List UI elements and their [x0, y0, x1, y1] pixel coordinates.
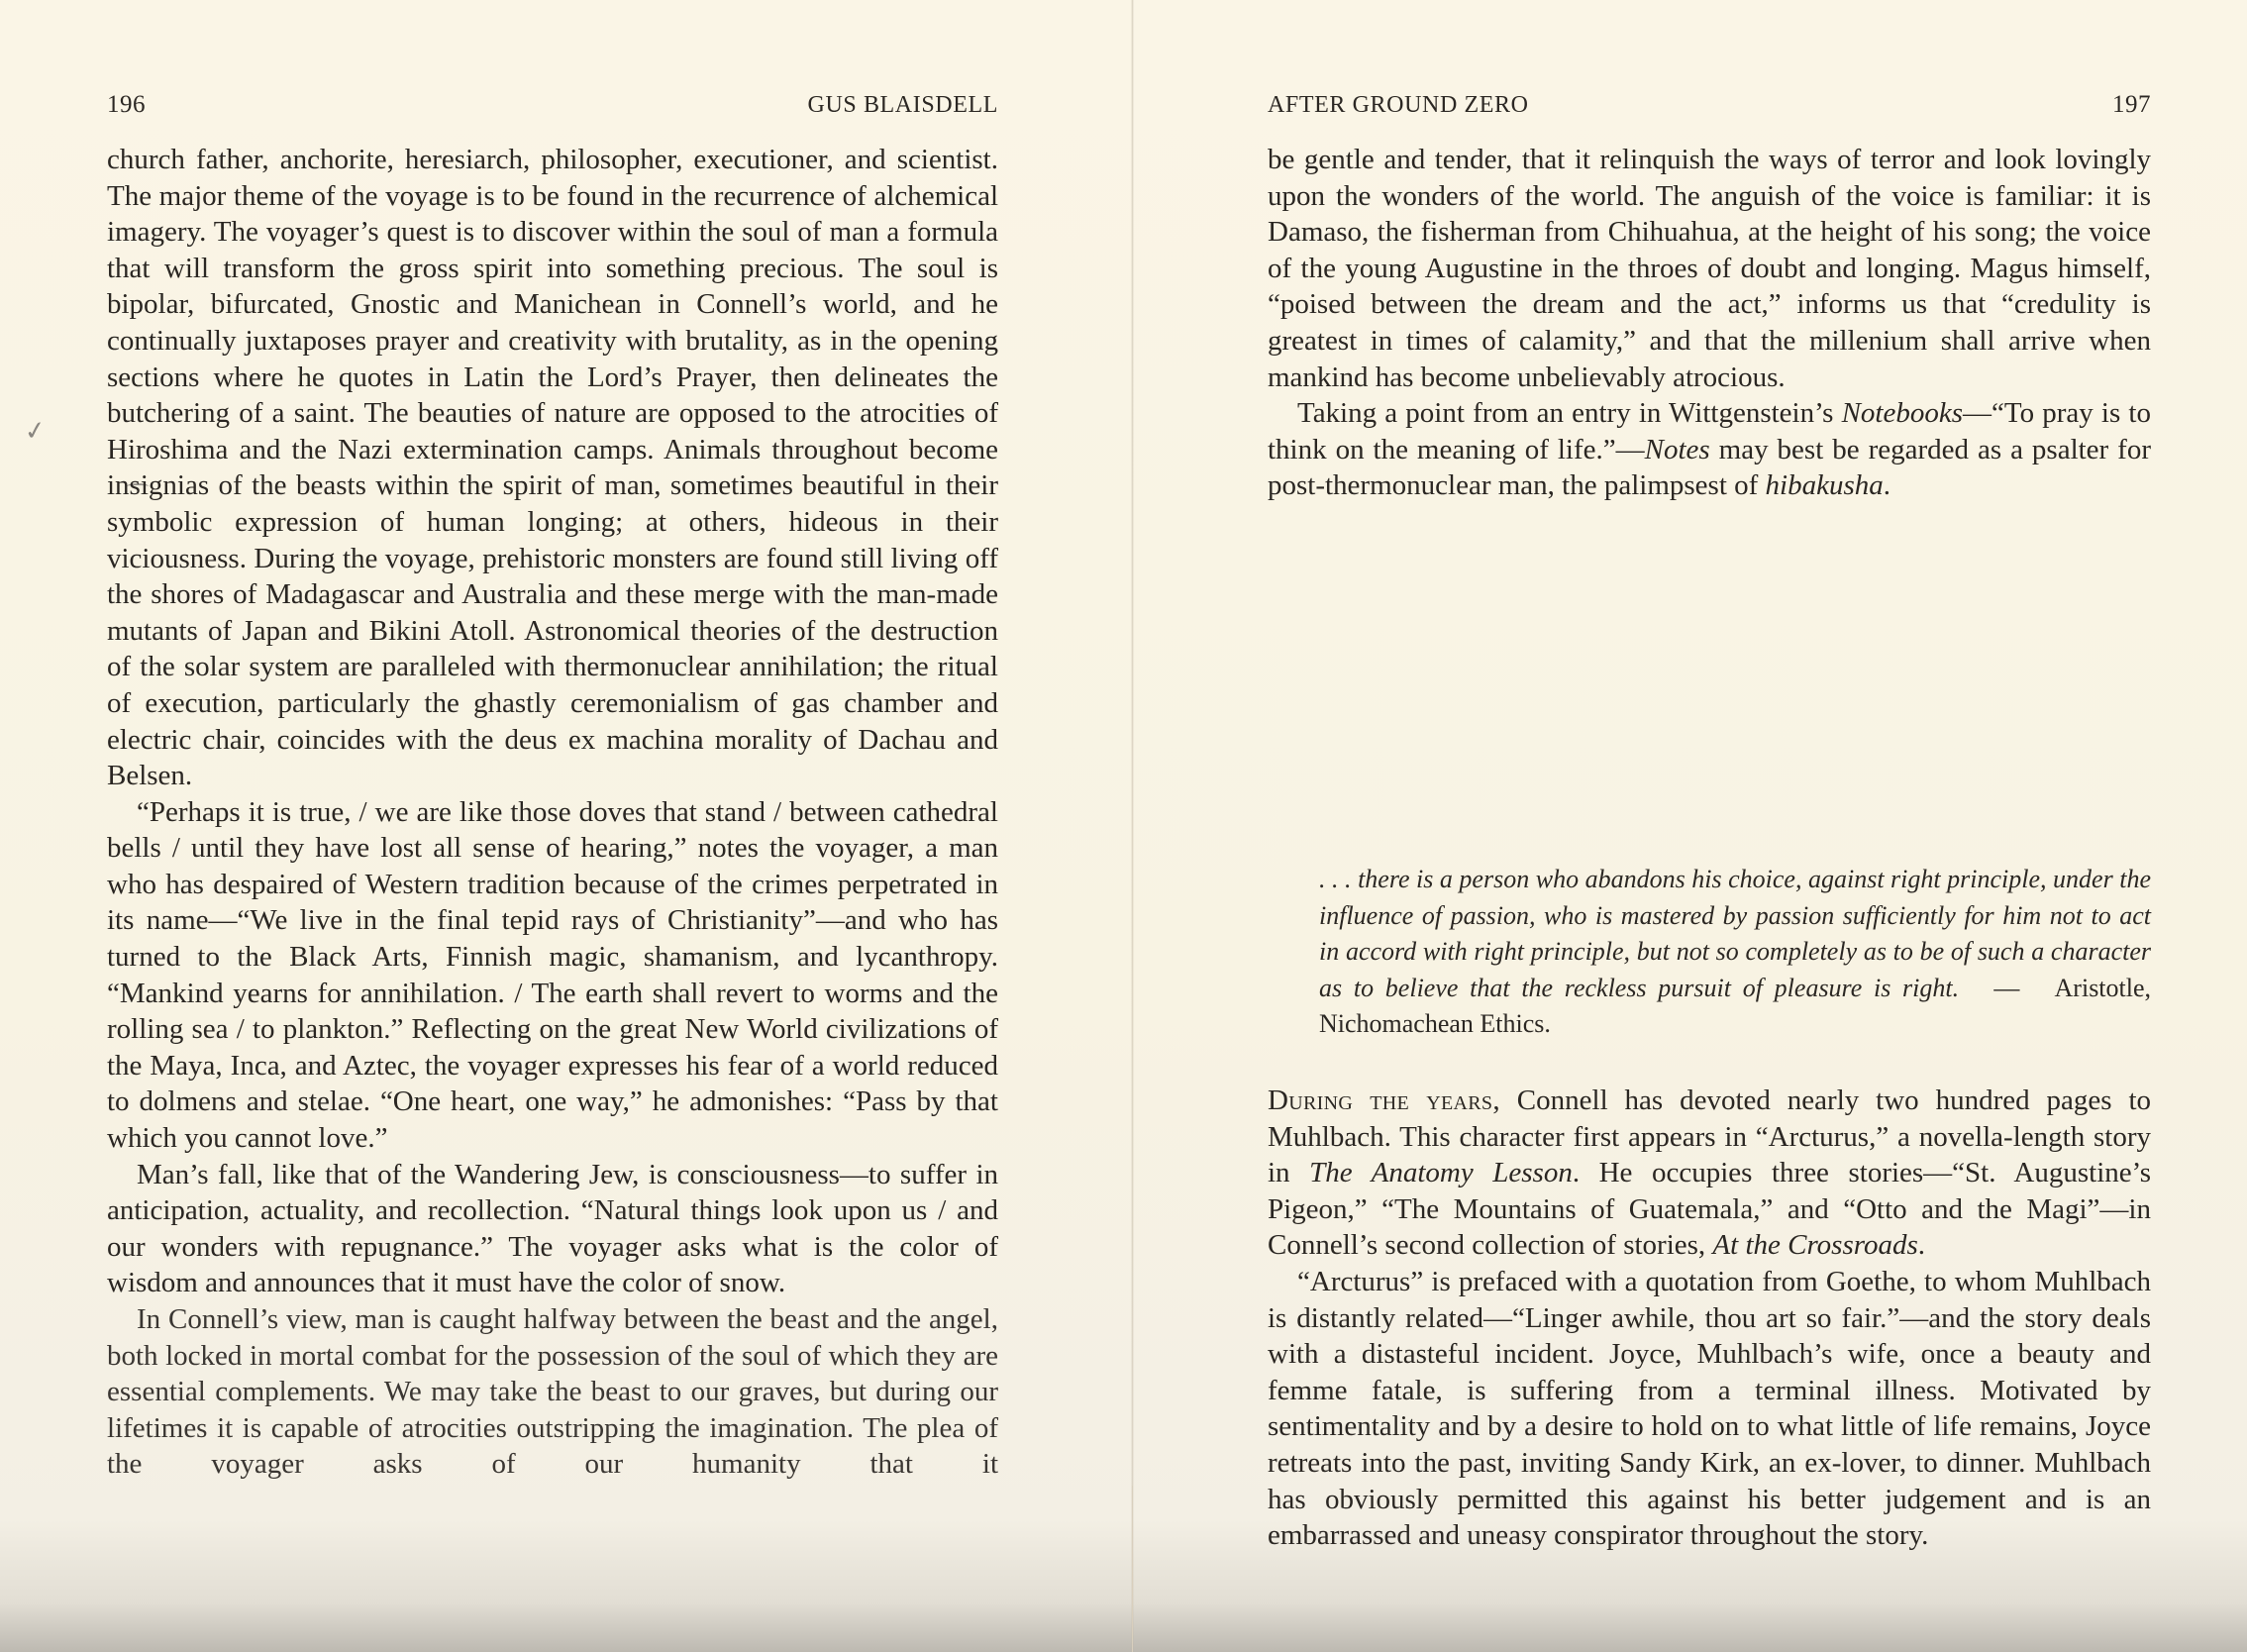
left-page: 196 GUS BLAISDELL church father, anchori…	[107, 0, 998, 1652]
gutter-crease	[1132, 1486, 1133, 1652]
text-run: Taking a point from an entry in Wittgens…	[1297, 397, 1842, 429]
attribution-dash: —	[1993, 974, 2019, 1002]
left-body-text: church father, anchorite, heresiarch, ph…	[107, 142, 998, 1519]
running-head-author: GUS BLAISDELL	[808, 92, 998, 119]
right-body-text: be gentle and tender, that it relinquish…	[1268, 142, 2151, 504]
paragraph: During the years, Connell has devoted ne…	[1268, 1083, 2151, 1264]
attribution-author: Aristotle,	[2055, 974, 2152, 1002]
right-running-head: AFTER GROUND ZERO 197	[1268, 91, 2151, 125]
paragraph: “Perhaps it is true, / we are like those…	[107, 794, 998, 1157]
book-title-italic: The Anatomy Lesson	[1309, 1157, 1573, 1188]
paragraph: church father, anchorite, heresiarch, ph…	[107, 142, 998, 794]
running-head-chapter: AFTER GROUND ZERO	[1268, 92, 1529, 119]
section-lead-smallcaps: During the years,	[1268, 1084, 1500, 1116]
text-run: .	[1918, 1229, 1925, 1261]
paragraph: “Arcturus” is prefaced with a quotation …	[1268, 1264, 2151, 1554]
attribution-work: Nichomachean Ethics.	[1319, 1009, 1551, 1038]
epigraph-quote: . . . there is a person who abandons his…	[1319, 862, 2151, 1043]
paragraph: Taking a point from an entry in Wittgens…	[1268, 395, 2151, 504]
book-gutter	[1131, 0, 1134, 1652]
paragraph: be gentle and tender, that it relinquish…	[1268, 142, 2151, 395]
foreign-term-italic: hibakusha	[1766, 469, 1884, 501]
left-running-head: 196 GUS BLAISDELL	[107, 91, 998, 125]
page-number: 196	[107, 91, 146, 119]
book-title-italic: At the Crossroads	[1712, 1229, 1917, 1261]
text-run: .	[1884, 469, 1890, 501]
book-title-italic: Notebooks	[1842, 397, 1963, 429]
right-page: AFTER GROUND ZERO 197 be gentle and tend…	[1268, 0, 2151, 1652]
book-title-italic: Notes	[1645, 434, 1710, 465]
paragraph: Man’s fall, like that of the Wandering J…	[107, 1157, 998, 1301]
page-number: 197	[2112, 91, 2151, 119]
pencil-checkmark-icon: ✓	[23, 414, 55, 440]
paragraph: In Connell’s view, man is caught halfway…	[107, 1301, 998, 1519]
section-during-the-years: During the years, Connell has devoted ne…	[1268, 1083, 2151, 1554]
